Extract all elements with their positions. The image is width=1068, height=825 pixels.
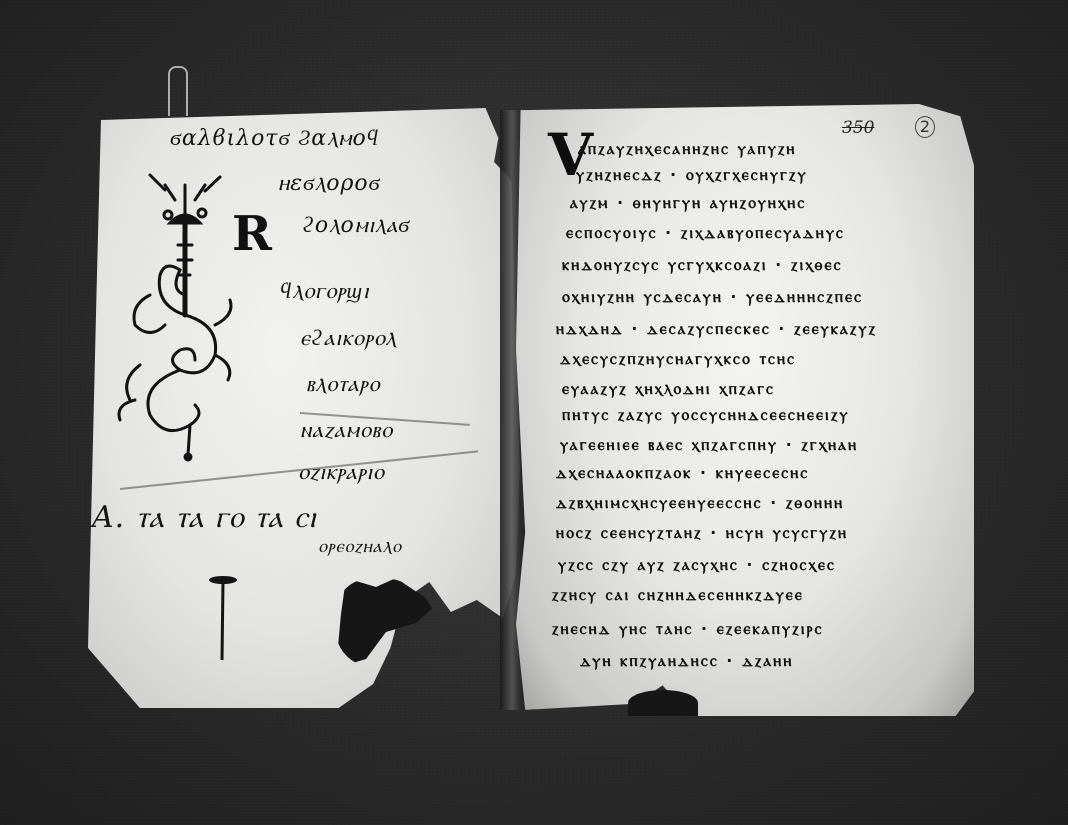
manuscript-line: ⲟⲭⲏⲓⲩⲍⲏⲏ ⲩⲥⲇⲉⲥⲁⲩⲏ · ⲩⲉⲉⲇⲏⲏⲏⲥⲍⲡⲉⲥ — [562, 288, 863, 308]
handwritten-line: ⲏεϭⲗοροϭ — [278, 170, 381, 196]
handwritten-line: ϥⲗⲟⲅⲟⲣϣⲓ — [280, 278, 370, 304]
manuscript-line: ⲩⲁⲅⲉⲉⲏⲓⲉⲉ ⲃⲁⲉⲥ ⲭⲡⲍⲁⲅⲥⲡⲏⲩ · ⲍⲅⲭⲏⲁⲏ — [560, 436, 858, 456]
manuscript-line: ⲕⲏⲇⲟⲏⲩⲍⲥⲩⲥ ⲩⲥⲅⲩⲭⲕⲥⲟⲁⲍⲓ · ⲍⲓⲭⲑⲉⲥ — [562, 256, 843, 276]
page-number: 350 — [842, 118, 874, 138]
manuscript-line: ⲇⲩⲏ ⲕⲡⲍⲩⲁⲏⲇⲏⲥⲥ · ⲇⲍⲁⲏⲏ — [580, 652, 793, 672]
handwritten-line: ⲟⲣⲉⲟⲍⲏⲁⲗⲟ — [318, 536, 402, 557]
handwritten-line: ⲉϩⲁⲓⲕⲟⲣⲟⲗ — [300, 325, 397, 351]
handwritten-line: ϩοⲗοⲙⲓⲗⲁϭ — [302, 212, 410, 238]
folio-mark: 2 — [915, 116, 935, 138]
decorative-ornament — [110, 165, 240, 465]
handwritten-line: A. ⲧⲁ ⲧⲁ ⲅⲟ ⲧⲁ ⲥⲓ — [92, 500, 317, 535]
manuscript-line: ⲏⲟⲥⲍ ⲥⲉⲉⲏⲥⲩⲍⲧⲁⲏⲍ · ⲏⲥⲩⲏ ⲩⲥⲩⲥⲅⲩⲍⲏ — [556, 524, 848, 544]
manuscript-line: ⲍⲍⲏⲥⲩ ⲥⲁⲓ ⲥⲏⲍⲏⲏⲇⲉⲥⲉⲏⲏⲕⲍⲇⲩⲉⲉ — [552, 586, 804, 606]
manuscript-line: ⲉⲩⲁⲁⲍⲩⲍ ⲭⲏⲭⲗⲟⲇⲏⲓ ⲭⲡⲍⲁⲅⲥ — [562, 380, 775, 400]
handwritten-line: ϭαλϐιλοτϭ Ϩαⲗⲙοϥ — [170, 125, 379, 151]
manuscript-line: ⲇⲭⲉⲥⲏⲁⲁⲟⲕⲡⲍⲁⲟⲕ · ⲕⲏⲩⲉⲉⲥⲉⲥⲏⲥ — [556, 464, 809, 484]
manuscript-line: ⲡⲏⲧⲩⲥ ⲍⲁⲍⲩⲥ ⲩⲟⲥⲥⲩⲥⲏⲏⲇⲥⲉⲉⲥⲏⲉⲉⲓⲍⲩ — [562, 406, 850, 426]
manuscript-line: ⲍⲏⲉⲥⲏⲇ ⲩⲏⲥ ⲧⲁⲏⲥ · ⲉⲍⲉⲉⲕⲁⲡⲩⲍⲓⲣⲥ — [552, 620, 824, 640]
manuscript-line: ⲏⲇⲭⲇⲏⲇ · ⲇⲉⲥⲁⲍⲩⲥⲡⲉⲥⲕⲉⲥ · ⲍⲉⲉⲩⲕⲁⲍⲩⲍ — [556, 320, 877, 340]
handwritten-line: ⲃⲗⲟⲧⲁⲣⲟ — [306, 372, 380, 397]
manuscript-line: ⲇⲍⲃⲭⲏⲓⲙⲥⲭⲏⲥⲩⲉⲉⲏⲩⲉⲉⲥⲥⲏⲥ · ⲍⲑⲟⲏⲏⲏ — [556, 494, 844, 514]
page-damage-hole — [628, 690, 698, 716]
manuscript-line: ⲩⲍⲥⲥ ⲥⲍⲩ ⲁⲩⲍ ⲍⲁⲥⲩⲭⲏⲥ · ⲥⲍⲏⲟⲥⲭⲉⲥ — [558, 556, 836, 576]
manuscript-line: ⲉⲥⲡⲟⲥⲩⲟⲓⲩⲥ · ⲍⲓⲭⲇⲁⲃⲩⲟⲡⲉⲥⲩⲁⲇⲏⲩⲥ — [566, 224, 845, 244]
manuscript-line: ⲩⲍⲏⲍⲏⲉⲥⲇⲍ · ⲟⲩⲭⲍⲅⲭⲉⲥⲏⲩⲅⲍⲩ — [576, 166, 808, 186]
binding-string — [168, 66, 188, 116]
decorative-initial: R — [232, 206, 272, 262]
manuscript-line: ⲁⲩⲍⲙ · ⲑⲏⲩⲏⲅⲩⲏ ⲁⲩⲏⲍⲟⲩⲏⲭⲏⲥ — [570, 194, 806, 214]
manuscript-line: ⲇⲭⲉⲥⲩⲥⲍⲡⲍⲏⲩⲥⲏⲁⲅⲩⲭⲕⲥⲟ ⲧⲥⲏⲥ — [560, 350, 796, 370]
handwritten-line: ⲛⲁⲍⲁⲙⲟⲃⲟ — [300, 418, 393, 443]
manuscript-line: ⲁⲡⲍⲁⲩⲍⲏⲭⲉⲥⲁⲏⲏⲍⲏⲥ ⲩⲁⲡⲩⲍⲏ — [578, 140, 797, 160]
ink-stain — [208, 575, 238, 665]
